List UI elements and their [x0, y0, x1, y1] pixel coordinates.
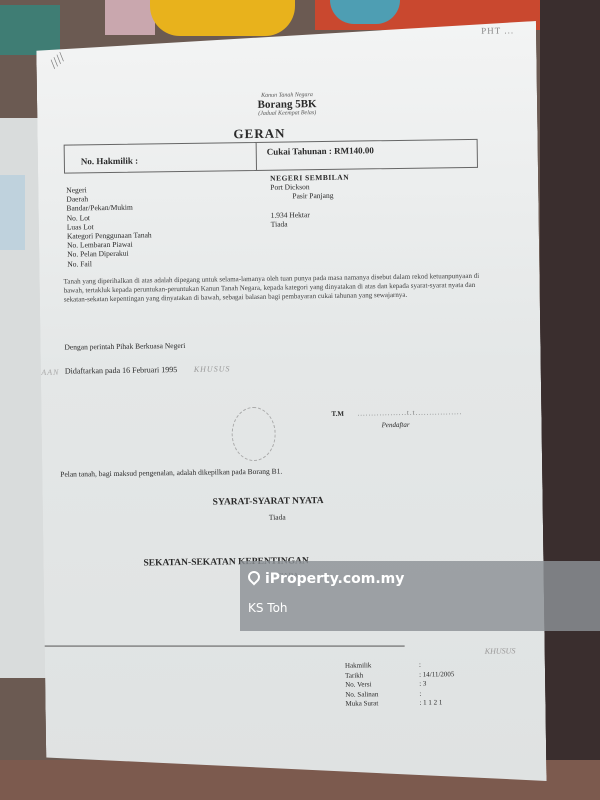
field-labels: Negeri Daerah Bandar/Pekan/Mukim No. Lot… — [66, 184, 152, 268]
order-text: Dengan perintah Pihak Berkuasa Negeri — [64, 341, 185, 352]
document-header: Kanun Tanah Negara Borang 5BK (Jadual Ke… — [207, 91, 367, 117]
title-paragraph: Tanah yang diperihalkan di atas adalah d… — [63, 272, 483, 305]
meta-value: : — [415, 661, 421, 671]
background-yellow-container — [150, 0, 295, 36]
meta-label: Muka Surat — [345, 699, 415, 709]
brand-text: iProperty.com.my — [265, 571, 404, 587]
official-seal-icon — [231, 407, 276, 462]
signature-line: ..................t.t................. — [357, 408, 462, 417]
khusus-stamp: KHUSUS — [194, 364, 231, 374]
iproperty-watermark: iProperty.com.my KS Toh — [240, 561, 600, 631]
express-conditions-heading: SYARAT-SYARAT NYATA — [213, 496, 324, 508]
agent-name: KS Toh — [248, 601, 288, 615]
document-title: GERAN — [233, 126, 285, 143]
meta-row: Muka Surat : 1 1 2 1 — [345, 698, 454, 709]
underlying-sheet-highlight — [0, 175, 25, 250]
registrar-label: Pendaftar — [382, 421, 410, 429]
background-table-edge — [540, 0, 600, 800]
document-meta: Hakmilik : Tarikh : 14/11/2005 No. Versi… — [345, 660, 455, 709]
field-label: No. Fail — [67, 258, 152, 268]
watermark-brand: iProperty.com.my — [248, 571, 404, 587]
top-right-text: PHT ... — [481, 25, 514, 35]
meta-value: : 1 1 2 1 — [415, 698, 442, 708]
tick-mark-icon: //// — [47, 51, 69, 73]
meta-value: : — [415, 689, 421, 699]
field-values: NEGERI SEMBILAN Port Dickson Pasir Panja… — [270, 173, 350, 229]
plan-note: Pelan tanah, bagi maksud pengenalan, ada… — [60, 467, 282, 479]
meta-value: : 3 — [415, 680, 426, 690]
express-conditions-value: Tiada — [269, 513, 286, 522]
field-value: NEGERI SEMBILAN — [270, 173, 349, 183]
meta-value: : 14/11/2005 — [415, 670, 454, 680]
location-pin-icon — [246, 569, 263, 586]
registered-date: Didaftarkan pada 16 Februari 1995 — [65, 365, 178, 376]
background-object — [0, 5, 60, 55]
footer-stamp: KHUSUS — [485, 646, 516, 655]
divider-line — [25, 646, 405, 647]
land-title-document: //// PHT ... Kanun Tanah Negara Borang 5… — [36, 21, 547, 788]
hakmilik-label: No. Hakmilik : — [81, 156, 138, 167]
box-divider — [256, 143, 257, 170]
background-object — [105, 0, 155, 35]
header-box: No. Hakmilik : Cukai Tahunan : RM140.00 — [64, 139, 478, 174]
tm-label: T.M — [331, 410, 344, 418]
field-value: Tiada — [271, 219, 350, 229]
form-subtitle: (Jadual Keempat Belas) — [207, 109, 367, 117]
annual-tax: Cukai Tahunan : RM140.00 — [267, 145, 374, 156]
